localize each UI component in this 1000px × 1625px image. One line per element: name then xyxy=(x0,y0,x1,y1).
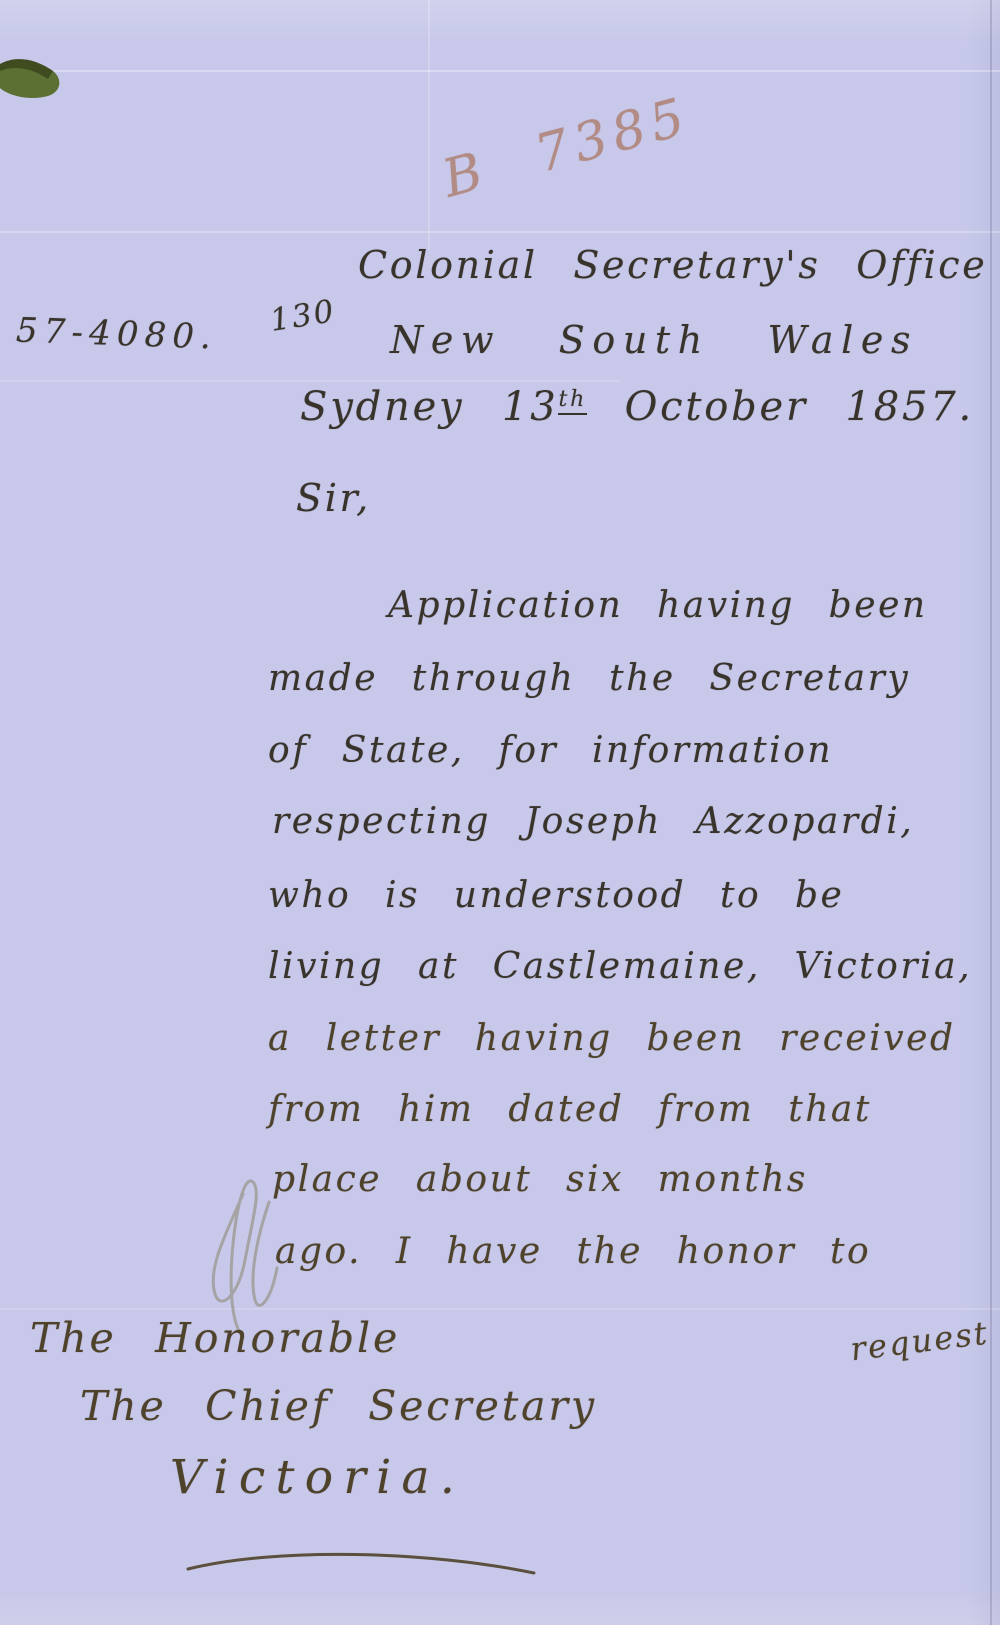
dateline-day: 13 xyxy=(502,384,559,430)
archive-reference-number: B 7385 xyxy=(437,86,697,209)
recipient-place: Victoria. xyxy=(170,1450,465,1505)
letterhead-colony: New South Wales xyxy=(390,318,918,362)
body-line: from him dated from that xyxy=(268,1089,872,1130)
fold-crease xyxy=(0,70,1000,72)
dateline-place: Sydney xyxy=(300,384,464,430)
body-line: respecting Joseph Azzopardi, xyxy=(272,801,914,842)
recipient-honorific: The Honorable xyxy=(30,1314,400,1362)
document-page: B 7385 57-4080. 130 Colonial Secretary's… xyxy=(0,0,1000,1625)
letterhead-office: Colonial Secretary's Office xyxy=(358,243,987,287)
fold-crease xyxy=(0,231,1000,233)
letterhead-dateline: Sydney 13th October 1857. xyxy=(300,384,974,430)
signature-flourish xyxy=(178,1543,548,1585)
body-line: place about six months xyxy=(272,1159,808,1200)
body-line: living at Castlemaine, Victoria, xyxy=(268,946,972,987)
dateline-ordinal: th xyxy=(558,387,587,415)
body-line: ago. I have the honor to xyxy=(275,1231,871,1272)
page-number: 130 xyxy=(268,293,339,339)
fold-crease xyxy=(428,0,430,250)
body-line: made through the Secretary xyxy=(268,658,910,699)
binding-tape-mark xyxy=(0,52,72,106)
fold-crease xyxy=(0,1308,1000,1310)
salutation: Sir, xyxy=(296,476,371,520)
fold-crease xyxy=(0,380,620,382)
body-line: Application having been xyxy=(388,585,928,626)
body-line: of State, for information xyxy=(268,730,833,771)
body-line: a letter having been received xyxy=(268,1018,956,1059)
paper-edge-line xyxy=(990,0,992,1625)
catchword: request xyxy=(848,1314,991,1369)
docket-number: 57-4080. xyxy=(15,311,217,358)
dateline-month-year: October 1857. xyxy=(625,384,974,430)
body-line: who is understood to be xyxy=(268,875,844,916)
recipient-title: The Chief Secretary xyxy=(80,1382,597,1430)
